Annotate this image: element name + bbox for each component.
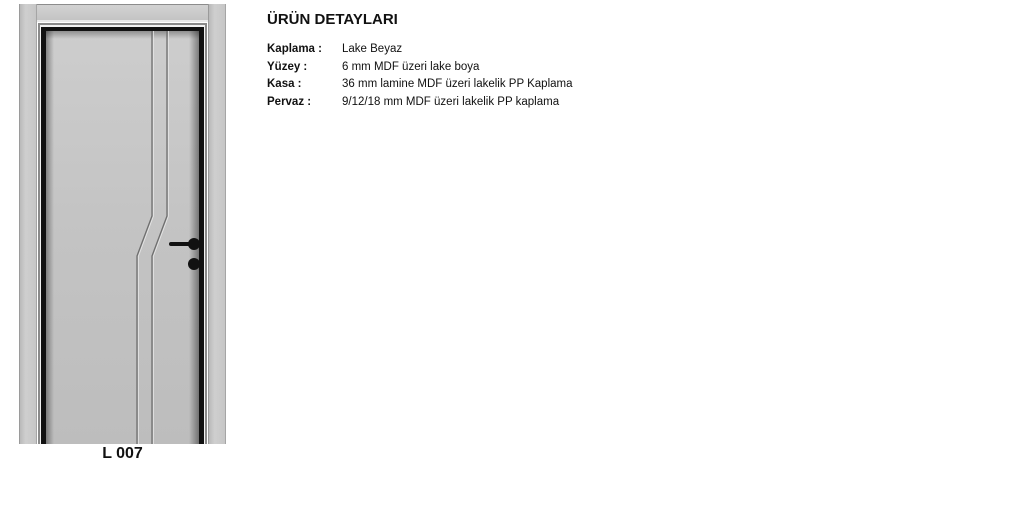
handle-rose-icon <box>188 238 200 250</box>
door-casing-left <box>19 4 37 444</box>
spec-label: Kasa : <box>267 76 342 94</box>
spec-label: Kaplama : <box>267 41 342 59</box>
spec-label: Pervaz : <box>267 94 342 112</box>
keyhole-icon <box>188 258 200 270</box>
details-title: ÜRÜN DETAYLARI <box>267 11 573 28</box>
spec-row-yuzey: Yüzey : 6 mm MDF üzeri lake boya <box>267 59 573 77</box>
spec-value: 36 mm lamine MDF üzeri lakelik PP Kaplam… <box>342 76 573 94</box>
door-casing-top <box>37 4 208 22</box>
spec-value: 6 mm MDF üzeri lake boya <box>342 59 479 77</box>
door-figure <box>19 4 226 444</box>
model-label: L 007 <box>19 445 226 463</box>
spec-value: Lake Beyaz <box>342 41 402 59</box>
door-handle <box>169 238 199 272</box>
spec-row-kaplama: Kaplama : Lake Beyaz <box>267 41 573 59</box>
spec-label: Yüzey : <box>267 59 342 77</box>
product-details: ÜRÜN DETAYLARI Kaplama : Lake Beyaz Yüze… <box>267 11 573 111</box>
spec-row-pervaz: Pervaz : 9/12/18 mm MDF üzeri lakelik PP… <box>267 94 573 112</box>
spec-row-kasa: Kasa : 36 mm lamine MDF üzeri lakelik PP… <box>267 76 573 94</box>
door-slab <box>41 27 204 444</box>
door-casing-right <box>208 4 226 444</box>
spec-value: 9/12/18 mm MDF üzeri lakelik PP kaplama <box>342 94 559 112</box>
